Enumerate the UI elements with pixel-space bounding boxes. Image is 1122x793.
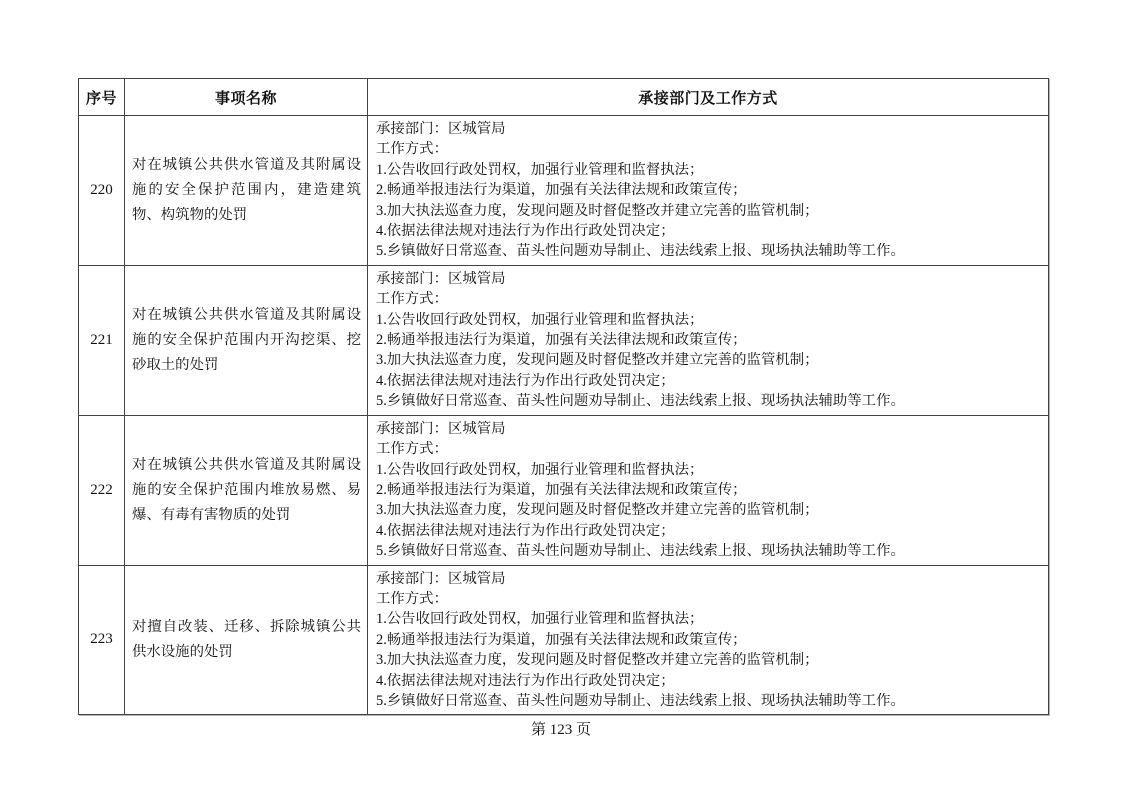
detail-lines: 承接部门：区城管局工作方式：1.公告收回行政处罚权，加强行业管理和监督执法；2.… (376, 269, 1038, 412)
table-row: 221 对在城镇公共供水管道及其附属设施的安全保护范围内开沟挖渠、挖砂取土的处罚… (79, 265, 1049, 415)
detail-cell: 承接部门：区城管局工作方式：1.公告收回行政处罚权，加强行业管理和监督执法；2.… (368, 565, 1049, 715)
detail-cell: 承接部门：区城管局工作方式：1.公告收回行政处罚权，加强行业管理和监督执法；2.… (368, 415, 1049, 565)
detail-line: 2.畅通举报违法行为渠道，加强有关法律法规和政策宣传； (376, 480, 1038, 500)
detail-line: 3.加大执法巡查力度，发现问题及时督促整改并建立完善的监管机制； (376, 201, 1038, 221)
header-item-name: 事项名称 (125, 79, 368, 116)
table-row: 222 对在城镇公共供水管道及其附属设施的安全保护范围内堆放易燃、易爆、有毒有害… (79, 415, 1049, 565)
detail-lines: 承接部门：区城管局工作方式：1.公告收回行政处罚权，加强行业管理和监督执法；2.… (376, 569, 1038, 712)
table-row: 223 对擅自改装、迁移、拆除城镇公共供水设施的处罚 承接部门：区城管局工作方式… (79, 565, 1049, 715)
detail-line: 5.乡镇做好日常巡查、苗头性问题劝导制止、违法线索上报、现场执法辅助等工作。 (376, 691, 1038, 711)
header-department-method: 承接部门及工作方式 (368, 79, 1049, 116)
table-header: 序号 事项名称 承接部门及工作方式 (79, 79, 1049, 116)
detail-line: 5.乡镇做好日常巡查、苗头性问题劝导制止、违法线索上报、现场执法辅助等工作。 (376, 391, 1038, 411)
detail-cell: 承接部门：区城管局工作方式：1.公告收回行政处罚权，加强行业管理和监督执法；2.… (368, 116, 1049, 266)
page-number: 第 123 页 (0, 718, 1122, 739)
header-seq-number: 序号 (79, 79, 125, 116)
detail-line: 3.加大执法巡查力度，发现问题及时督促整改并建立完善的监管机制； (376, 650, 1038, 670)
detail-line: 2.畅通举报违法行为渠道，加强有关法律法规和政策宣传； (376, 180, 1038, 200)
detail-line: 工作方式： (376, 289, 1038, 309)
item-name: 对在城镇公共供水管道及其附属设施的安全保护范围内开沟挖渠、挖砂取土的处罚 (125, 265, 368, 415)
detail-line: 3.加大执法巡查力度，发现问题及时督促整改并建立完善的监管机制； (376, 350, 1038, 370)
detail-line: 2.畅通举报违法行为渠道，加强有关法律法规和政策宣传； (376, 330, 1038, 350)
detail-lines: 承接部门：区城管局工作方式：1.公告收回行政处罚权，加强行业管理和监督执法；2.… (376, 419, 1038, 562)
detail-line: 4.依据法律法规对违法行为作出行政处罚决定； (376, 521, 1038, 541)
row-number: 223 (79, 565, 125, 715)
detail-line: 5.乡镇做好日常巡查、苗头性问题劝导制止、违法线索上报、现场执法辅助等工作。 (376, 241, 1038, 261)
item-name: 对在城镇公共供水管道及其附属设施的安全保护范围内，建造建筑物、构筑物的处罚 (125, 116, 368, 266)
detail-lines: 承接部门：区城管局工作方式：1.公告收回行政处罚权，加强行业管理和监督执法；2.… (376, 119, 1038, 262)
table-body: 220 对在城镇公共供水管道及其附属设施的安全保护范围内，建造建筑物、构筑物的处… (79, 116, 1049, 715)
detail-line: 2.畅通举报违法行为渠道，加强有关法律法规和政策宣传； (376, 630, 1038, 650)
detail-cell: 承接部门：区城管局工作方式：1.公告收回行政处罚权，加强行业管理和监督执法；2.… (368, 265, 1049, 415)
row-number: 222 (79, 415, 125, 565)
header-row: 序号 事项名称 承接部门及工作方式 (79, 79, 1049, 116)
detail-line: 承接部门：区城管局 (376, 269, 1038, 289)
detail-line: 3.加大执法巡查力度，发现问题及时督促整改并建立完善的监管机制； (376, 500, 1038, 520)
detail-line: 4.依据法律法规对违法行为作出行政处罚决定； (376, 221, 1038, 241)
detail-line: 工作方式： (376, 139, 1038, 159)
row-number: 220 (79, 116, 125, 266)
table-row: 220 对在城镇公共供水管道及其附属设施的安全保护范围内，建造建筑物、构筑物的处… (79, 116, 1049, 266)
detail-line: 4.依据法律法规对违法行为作出行政处罚决定； (376, 371, 1038, 391)
detail-line: 承接部门：区城管局 (376, 569, 1038, 589)
detail-line: 1.公告收回行政处罚权，加强行业管理和监督执法； (376, 310, 1038, 330)
detail-line: 承接部门：区城管局 (376, 119, 1038, 139)
item-name: 对擅自改装、迁移、拆除城镇公共供水设施的处罚 (125, 565, 368, 715)
detail-line: 5.乡镇做好日常巡查、苗头性问题劝导制止、违法线索上报、现场执法辅助等工作。 (376, 541, 1038, 561)
row-number: 221 (79, 265, 125, 415)
item-name: 对在城镇公共供水管道及其附属设施的安全保护范围内堆放易燃、易爆、有毒有害物质的处… (125, 415, 368, 565)
detail-line: 1.公告收回行政处罚权，加强行业管理和监督执法； (376, 460, 1038, 480)
items-table: 序号 事项名称 承接部门及工作方式 220 对在城镇公共供水管道及其附属设施的安… (78, 78, 1049, 715)
detail-line: 1.公告收回行政处罚权，加强行业管理和监督执法； (376, 160, 1038, 180)
detail-line: 工作方式： (376, 439, 1038, 459)
detail-line: 1.公告收回行政处罚权，加强行业管理和监督执法； (376, 609, 1038, 629)
detail-line: 4.依据法律法规对违法行为作出行政处罚决定； (376, 671, 1038, 691)
document-page: 序号 事项名称 承接部门及工作方式 220 对在城镇公共供水管道及其附属设施的安… (0, 0, 1122, 793)
detail-line: 承接部门：区城管局 (376, 419, 1038, 439)
detail-line: 工作方式： (376, 589, 1038, 609)
